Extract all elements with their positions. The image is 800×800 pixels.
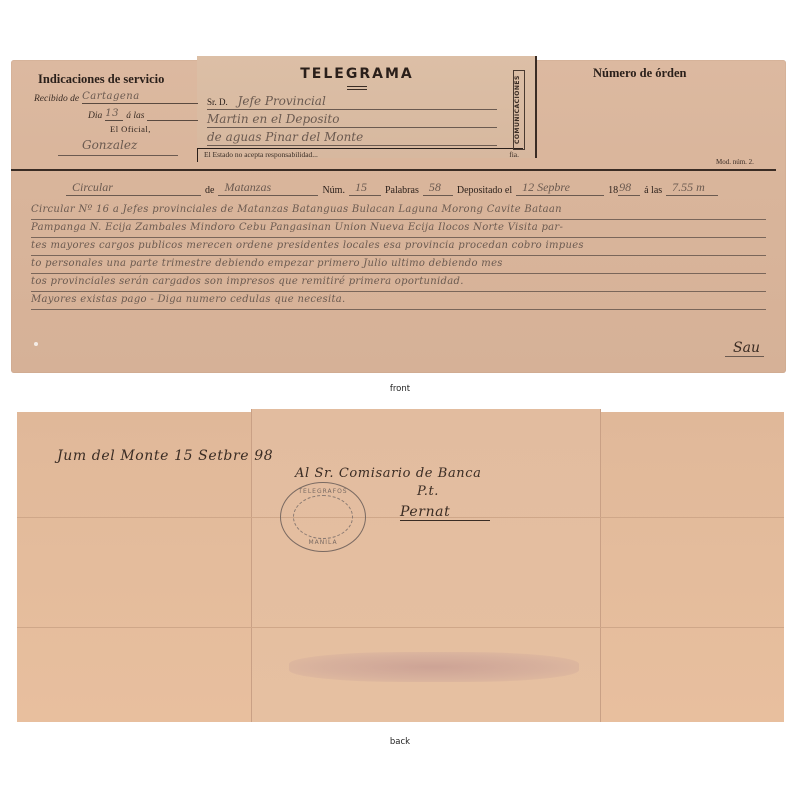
year-value: 98 xyxy=(618,180,640,196)
back-pt: P.t. xyxy=(417,484,439,499)
seal-inner-ring xyxy=(293,495,353,539)
telegram-front: TELEGRAMA Sr. D. Jefe Provincial Martin … xyxy=(11,60,786,373)
recibido-value: Cartagena xyxy=(82,91,198,104)
seal-text: TELEGRAFOS xyxy=(298,488,347,495)
recibido-label: Recibido de xyxy=(34,94,79,104)
model-number: Mod. núm. 2. xyxy=(716,158,754,166)
back-signature: Pernat xyxy=(400,504,490,521)
back-dateline: Jum del Monte 15 Setbre 98 xyxy=(57,448,273,464)
message-line: to personales una parte trimestre debien… xyxy=(31,256,766,274)
message-line: Pampanga N. Ecija Zambales Mindoro Cebu … xyxy=(31,220,766,238)
front-caption: front xyxy=(350,384,450,394)
order-number-title: Número de órden xyxy=(593,66,687,81)
num-value: 15 xyxy=(349,180,381,196)
sr-label: Sr. D. xyxy=(207,97,228,107)
estado-disclaimer: El Estado no acepta responsabilidad... f… xyxy=(197,148,523,162)
punch-hole xyxy=(34,342,38,346)
num-label: Núm. xyxy=(322,185,345,196)
origin-place: Matanzas xyxy=(218,180,318,196)
sender-signature: Sau xyxy=(725,340,764,357)
estado-tail: fia. xyxy=(509,149,519,161)
a-las-label: á las xyxy=(644,185,662,196)
fold-crease xyxy=(17,627,784,628)
back-addressee: Al Sr. Comisario de Banca xyxy=(295,466,482,481)
addressee-text: Jefe Provincial xyxy=(238,94,326,108)
dia-row: Dia 13 á las xyxy=(88,108,198,121)
message-line: tos provinciales serán cargados son impr… xyxy=(31,274,766,292)
telegrama-title: TELEGRAMA xyxy=(197,66,517,82)
addressee-line-2: Martin en el Deposito xyxy=(207,112,497,128)
title-ornament xyxy=(347,86,367,90)
oficial-signature: Gonzalez xyxy=(58,138,178,156)
depositado-label: Depositado el xyxy=(457,185,512,196)
message-body: Circular Nº 16 a Jefes provinciales de M… xyxy=(31,202,766,310)
telegram-back: Jum del Monte 15 Setbre 98 Al Sr. Comisa… xyxy=(17,412,784,722)
dia-label: Dia xyxy=(88,111,102,121)
header-divider xyxy=(11,169,776,171)
a-las-label: á las xyxy=(126,111,144,121)
palabras-label: Palabras xyxy=(385,185,419,196)
a-las-value xyxy=(147,108,198,121)
estado-text: El Estado no acepta responsabilidad... xyxy=(204,150,318,159)
ink-stain xyxy=(289,652,579,682)
oficial-label: El Oficial, xyxy=(110,124,198,134)
message-line: tes mayores cargos publicos merecen orde… xyxy=(31,238,766,256)
message-line: Circular Nº 16 a Jefes provinciales de M… xyxy=(31,202,766,220)
origin-type: Circular xyxy=(66,180,201,196)
de-label: de xyxy=(205,185,214,196)
service-indications: Indicaciones de servicio Recibido de Car… xyxy=(38,72,198,156)
seal-bottom-text: MANILA xyxy=(308,539,337,546)
addressee-line-3: de aguas Pinar del Monte xyxy=(207,130,497,146)
dia-value: 13 xyxy=(105,108,123,121)
year-prefix: 18 xyxy=(608,185,618,196)
telegram-meta-row: Circular de Matanzas Núm. 15 Palabras 58… xyxy=(66,178,766,196)
comunicaciones-stamp: COMUNICACIONES xyxy=(513,70,525,150)
postmark-seal: TELEGRAFOS MANILA xyxy=(280,482,366,552)
depositado-value: 12 Sepbre xyxy=(516,180,604,196)
service-title: Indicaciones de servicio xyxy=(38,72,198,87)
palabras-value: 58 xyxy=(423,180,453,196)
a-las-value: 7.55 m xyxy=(666,180,718,196)
addressee-line-1: Sr. D. Jefe Provincial xyxy=(207,94,497,110)
telegram-address-panel: TELEGRAMA Sr. D. Jefe Provincial Martin … xyxy=(197,56,537,158)
back-caption: back xyxy=(350,737,450,747)
message-line: Mayores existas pago - Diga numero cedul… xyxy=(31,292,766,310)
recibido-row: Recibido de Cartagena xyxy=(34,91,198,104)
